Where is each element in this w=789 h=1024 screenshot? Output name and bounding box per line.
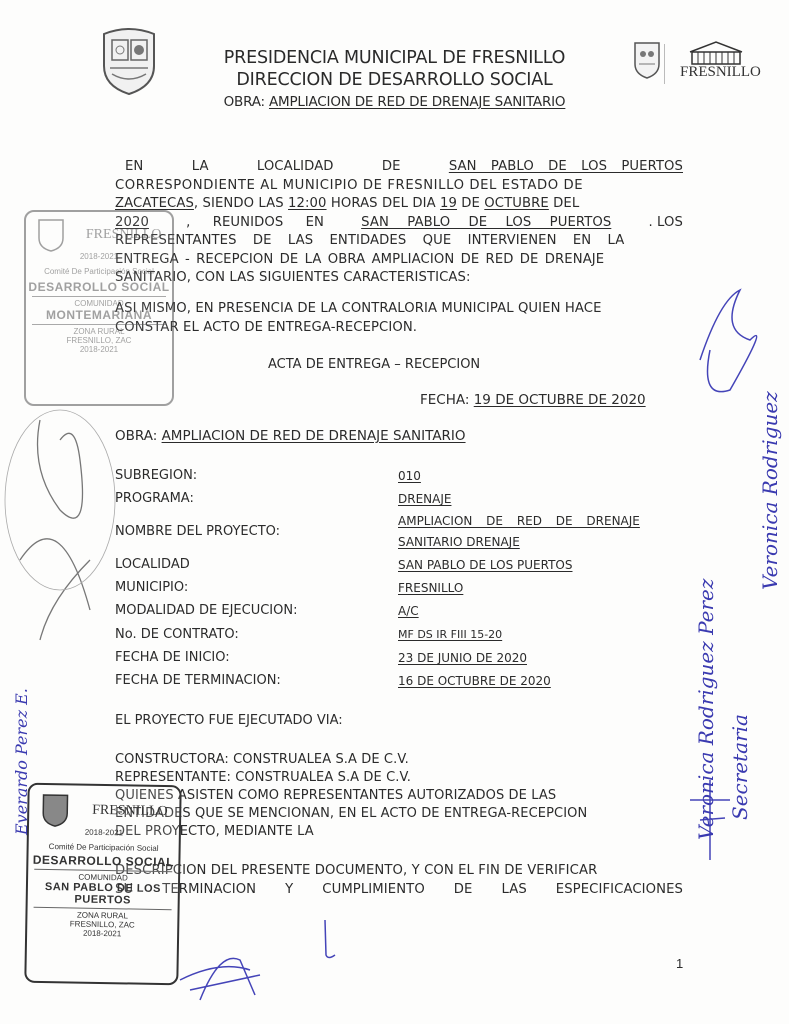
detail-label: No. DE CONTRATO: [115,627,239,642]
header-title-1: PRESIDENCIA MUNICIPAL DE FRESNILLO [0,48,789,68]
detail-label: FECHA DE INICIO: [115,650,230,665]
signature-title-secretaria: Secretaria [728,714,752,820]
header-obra: OBRA: AMPLIACION DE RED DE DRENAJE SANIT… [0,94,789,110]
detail-label: FECHA DE TERMINACION: [115,673,281,688]
logo-divider [664,44,665,84]
signature-veronica-rodriguez: Veronica Rodriguez [758,391,782,590]
acta-title: ACTA DE ENTREGA – RECEPCION [268,357,480,372]
detail-value: A/C [398,604,419,618]
detail-value: MF DS IR FIII 15-20 [398,628,502,641]
detail-label: PROGRAMA: [115,491,194,506]
intro-line-4: 2020 , REUNIDOS EN SAN PABLO DE LOS PUER… [115,214,683,233]
small-shield-logo-icon [632,40,662,82]
detail-value: SAN PABLO DE LOS PUERTOS [398,558,573,572]
detail-label: MUNICIPIO: [115,580,188,595]
intro-line-3: ZACATECAS, SIENDO LAS 12:00 HORAS DEL DI… [115,195,683,214]
detail-label: NOMBRE DEL PROYECTO: [115,524,280,539]
intro-line-6: ENTREGA - RECEPCION DE LA OBRA AMPLIACIO… [115,251,683,270]
detail-label: MODALIDAD DE EJECUCION: [115,603,297,618]
signature-veronica-rodriguez-perez: Veronica Rodriguez Perez [694,579,718,840]
detail-value: 23 DE JUNIO DE 2020 [398,651,527,665]
page-number: 1 [676,956,683,971]
detail-value: FRESNILLO [398,581,463,595]
detail-label: SUBREGION: [115,468,197,483]
detail-value-cont: SANITARIO DRENAJE [398,535,520,549]
header-title-2: DIRECCION DE DESARROLLO SOCIAL [0,70,789,90]
intro-paragraph: EN LA LOCALIDAD DE SAN PABLO DE LOS PUER… [115,158,683,288]
descripcion-paragraph: DESCRIPCION DEL PRESENTE DOCUMENTO, Y CO… [115,862,683,899]
detail-value: 010 [398,469,421,483]
detail-label: LOCALIDAD [115,557,190,572]
building-logo-icon [686,38,746,66]
signature-left-name: Everardo Perez E. [12,688,31,835]
intro-line-1: EN LA LOCALIDAD DE SAN PABLO DE LOS PUER… [115,158,683,177]
shield-icon [41,793,70,827]
fresnillo-brand: FRESNILLO [680,64,761,81]
ejecucion-intro: EL PROYECTO FUE EJECUTADO VIA: [115,713,343,728]
detail-value: DRENAJE [398,492,451,506]
ejecucion-paragraph: CONSTRUCTORA: CONSTRUALEA S.A DE C.V. RE… [115,751,683,841]
detail-value: AMPLIACION DE RED DE DRENAJE [398,514,640,528]
obra-line: OBRA: AMPLIACION DE RED DE DRENAJE SANIT… [115,428,466,444]
detail-value: 16 DE OCTUBRE DE 2020 [398,674,551,688]
contraloria-paragraph: ASI MISMO, EN PRESENCIA DE LA CONTRALORI… [115,300,683,337]
community-stamp-san-pablo: FRESNILLO 2018-2021 Comité De Participac… [24,783,181,986]
fecha-line: FECHA: 19 DE OCTUBRE DE 2020 [420,392,646,408]
shield-icon [37,218,65,252]
intro-line-7: SANITARIO, CON LAS SIGUIENTES CARACTERIS… [115,269,683,288]
intro-line-2: CORRESPONDIENTE AL MUNICIPIO DE FRESNILL… [115,177,683,196]
intro-line-5: REPRESENTANTES DE LAS ENTIDADES QUE INTE… [115,232,683,251]
community-stamp-montemariana: FRESNILLO 2018-2021 Comité De Participac… [24,210,174,406]
